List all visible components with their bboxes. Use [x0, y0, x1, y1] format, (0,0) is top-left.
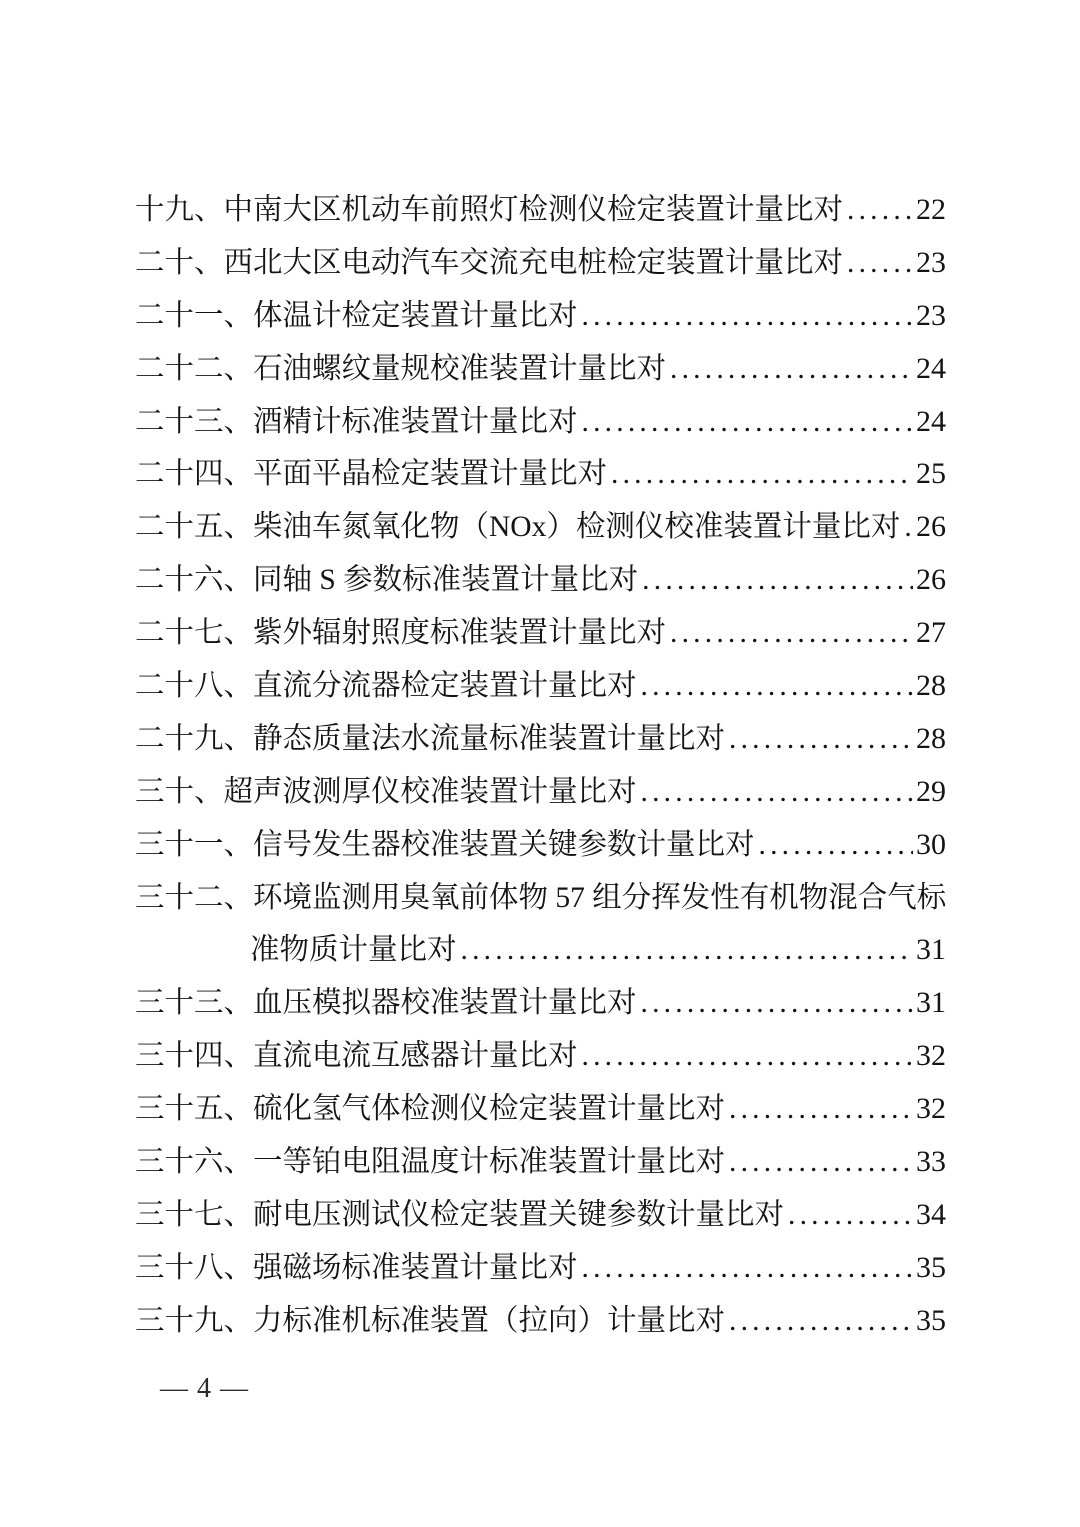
- toc-page-number: 34: [913, 1189, 946, 1242]
- toc-entry-title: 二十九、静态质量法水流量标准装置计量比对: [135, 713, 725, 766]
- toc-entry-row: 三十三、血压模拟器校准装置计量比对.......................…: [135, 977, 946, 1030]
- toc-entry-title: 二十五、柴油车氮氧化物（NOx）检测仪校准装置计量比对: [135, 501, 900, 554]
- toc-entry-row: 二十五、柴油车氮氧化物（NOx）检测仪校准装置计量比对.............…: [135, 501, 946, 554]
- toc-leader-dots: ........................................…: [638, 554, 913, 607]
- toc-entry: 二十二、石油螺纹量规校准装置计量比对......................…: [135, 343, 946, 396]
- toc-leader-dots: ........................................…: [578, 1030, 913, 1083]
- toc-entry-title: 三十九、力标准机标准装置（拉向）计量比对: [135, 1295, 725, 1348]
- toc-entry-title: 二十、西北大区电动汽车交流充电桩检定装置计量比对: [135, 237, 843, 290]
- toc-entry: 三十六、一等铂电阻温度计标准装置计量比对....................…: [135, 1136, 946, 1189]
- toc-page-number: 27: [913, 607, 946, 660]
- toc-leader-dots: ........................................…: [784, 1189, 913, 1242]
- toc-leader-dots: ........................................…: [637, 977, 913, 1030]
- toc-entry: 二十、西北大区电动汽车交流充电桩检定装置计量比对................…: [135, 237, 946, 290]
- toc-list: 十九、中南大区机动车前照灯检测仪检定装置计量比对................…: [135, 184, 946, 1348]
- toc-entry: 二十六、同轴 S 参数标准装置计量比对.....................…: [135, 554, 946, 607]
- toc-entry: 三十九、力标准机标准装置（拉向）计量比对....................…: [135, 1295, 946, 1348]
- toc-leader-dots: ........................................…: [578, 396, 913, 449]
- toc-leader-dots: ........................................…: [843, 184, 913, 237]
- toc-leader-dots: ........................................…: [578, 1242, 913, 1295]
- toc-leader-dots: ........................................…: [637, 660, 913, 713]
- toc-page-number: 26: [913, 554, 946, 607]
- toc-entry-row: 三十九、力标准机标准装置（拉向）计量比对....................…: [135, 1295, 946, 1348]
- toc-entry-row: 三十五、硫化氢气体检测仪检定装置计量比对....................…: [135, 1083, 946, 1136]
- toc-entry-title: 三十四、直流电流互感器计量比对: [135, 1030, 578, 1083]
- toc-entry-title: 三十、超声波测厚仪校准装置计量比对: [135, 766, 637, 819]
- toc-page-number: 22: [913, 184, 946, 237]
- toc-entry-title-line: 三十二、环境监测用臭氧前体物 57 组分挥发性有机物混合气标: [135, 872, 946, 925]
- toc-entry-row: 二十七、紫外辐射照度标准装置计量比对......................…: [135, 607, 946, 660]
- toc-entry-title: 三十六、一等铂电阻温度计标准装置计量比对: [135, 1136, 725, 1189]
- toc-entry-row: 十九、中南大区机动车前照灯检测仪检定装置计量比对................…: [135, 184, 946, 237]
- toc-entry-row: 准物质计量比对.................................…: [135, 924, 946, 977]
- toc-page-number: 24: [913, 343, 946, 396]
- toc-page-number: 33: [913, 1136, 946, 1189]
- toc-entry: 三十、超声波测厚仪校准装置计量比对.......................…: [135, 766, 946, 819]
- toc-entry: 二十四、平面平晶检定装置计量比对........................…: [135, 448, 946, 501]
- toc-entry-title: 三十三、血压模拟器校准装置计量比对: [135, 977, 637, 1030]
- toc-entry-row: 二十三、酒精计标准装置计量比对.........................…: [135, 396, 946, 449]
- toc-entry: 三十七、耐电压测试仪检定装置关键参数计量比对..................…: [135, 1189, 946, 1242]
- toc-entry: 三十一、信号发生器校准装置关键参数计量比对...................…: [135, 819, 946, 872]
- toc-leader-dots: ........................................…: [725, 713, 913, 766]
- document-page: 十九、中南大区机动车前照灯检测仪检定装置计量比对................…: [0, 0, 1080, 1527]
- toc-leader-dots: ........................................…: [725, 1136, 913, 1189]
- toc-leader-dots: ........................................…: [725, 1295, 913, 1348]
- toc-entry-title: 二十三、酒精计标准装置计量比对: [135, 396, 578, 449]
- toc-entry-title: 二十四、平面平晶检定装置计量比对: [135, 448, 607, 501]
- toc-entry-row: 三十、超声波测厚仪校准装置计量比对.......................…: [135, 766, 946, 819]
- toc-page-number: 26: [913, 501, 946, 554]
- toc-entry-row: 二十一、体温计检定装置计量比对.........................…: [135, 290, 946, 343]
- toc-entry-title: 准物质计量比对: [250, 924, 457, 977]
- toc-leader-dots: ........................................…: [637, 766, 913, 819]
- toc-entry-title: 十九、中南大区机动车前照灯检测仪检定装置计量比对: [135, 184, 843, 237]
- toc-leader-dots: ........................................…: [666, 607, 913, 660]
- toc-entry-title: 二十一、体温计检定装置计量比对: [135, 290, 578, 343]
- toc-entry-title: 二十八、直流分流器检定装置计量比对: [135, 660, 637, 713]
- toc-entry-title: 三十五、硫化氢气体检测仪检定装置计量比对: [135, 1083, 725, 1136]
- toc-entry: 三十八、强磁场标准装置计量比对.........................…: [135, 1242, 946, 1295]
- toc-entry: 二十七、紫外辐射照度标准装置计量比对......................…: [135, 607, 946, 660]
- toc-entry-row: 三十一、信号发生器校准装置关键参数计量比对...................…: [135, 819, 946, 872]
- toc-page-number: 23: [913, 237, 946, 290]
- toc-entry-row: 二十八、直流分流器检定装置计量比对.......................…: [135, 660, 946, 713]
- footer-page-number: — 4 —: [160, 1373, 249, 1404]
- toc-entry: 二十九、静态质量法水流量标准装置计量比对....................…: [135, 713, 946, 766]
- toc-entry-row: 二十九、静态质量法水流量标准装置计量比对....................…: [135, 713, 946, 766]
- toc-entry: 三十四、直流电流互感器计量比对.........................…: [135, 1030, 946, 1083]
- toc-page-number: 35: [913, 1242, 946, 1295]
- toc-leader-dots: ........................................…: [607, 448, 913, 501]
- page-footer: — 4 —: [160, 1372, 249, 1406]
- toc-entry-row: 二十四、平面平晶检定装置计量比对........................…: [135, 448, 946, 501]
- toc-entry-row: 二十、西北大区电动汽车交流充电桩检定装置计量比对................…: [135, 237, 946, 290]
- toc-page-number: 32: [913, 1083, 946, 1136]
- toc-page-number: 30: [913, 819, 946, 872]
- toc-page-number: 29: [913, 766, 946, 819]
- toc-entry-row: 二十二、石油螺纹量规校准装置计量比对......................…: [135, 343, 946, 396]
- toc-entry-row: 三十七、耐电压测试仪检定装置关键参数计量比对..................…: [135, 1189, 946, 1242]
- toc-page-number: 35: [913, 1295, 946, 1348]
- toc-entry: 三十二、环境监测用臭氧前体物 57 组分挥发性有机物混合气标准物质计量比对...…: [135, 872, 946, 978]
- toc-leader-dots: ........................................…: [666, 343, 913, 396]
- toc-entry-title: 二十七、紫外辐射照度标准装置计量比对: [135, 607, 666, 660]
- toc-page-number: 31: [913, 977, 946, 1030]
- toc-entry: 二十一、体温计检定装置计量比对.........................…: [135, 290, 946, 343]
- toc-entry-row: 二十六、同轴 S 参数标准装置计量比对.....................…: [135, 554, 946, 607]
- toc-entry: 三十五、硫化氢气体检测仪检定装置计量比对....................…: [135, 1083, 946, 1136]
- toc-entry-row: 三十六、一等铂电阻温度计标准装置计量比对....................…: [135, 1136, 946, 1189]
- toc-entry-title: 二十二、石油螺纹量规校准装置计量比对: [135, 343, 666, 396]
- toc-page-number: 31: [913, 924, 946, 977]
- toc-entry: 二十三、酒精计标准装置计量比对.........................…: [135, 396, 946, 449]
- toc-leader-dots: ........................................…: [755, 819, 913, 872]
- toc-entry-title: 三十八、强磁场标准装置计量比对: [135, 1242, 578, 1295]
- toc-page-number: 24: [913, 396, 946, 449]
- toc-page-number: 23: [913, 290, 946, 343]
- toc-entry-title: 三十七、耐电压测试仪检定装置关键参数计量比对: [135, 1189, 784, 1242]
- toc-entry: 二十五、柴油车氮氧化物（NOx）检测仪校准装置计量比对.............…: [135, 501, 946, 554]
- toc-entry: 二十八、直流分流器检定装置计量比对.......................…: [135, 660, 946, 713]
- toc-leader-dots: ........................................…: [578, 290, 913, 343]
- toc-page-number: 25: [913, 448, 946, 501]
- toc-entry-row: 三十四、直流电流互感器计量比对.........................…: [135, 1030, 946, 1083]
- toc-entry-title: 三十一、信号发生器校准装置关键参数计量比对: [135, 819, 755, 872]
- toc-leader-dots: ........................................…: [843, 237, 913, 290]
- toc-page-number: 28: [913, 660, 946, 713]
- toc-page-number: 28: [913, 713, 946, 766]
- toc-leader-dots: ........................................…: [900, 501, 913, 554]
- toc-entry-title: 二十六、同轴 S 参数标准装置计量比对: [135, 554, 638, 607]
- toc-page-number: 32: [913, 1030, 946, 1083]
- toc-entry: 十九、中南大区机动车前照灯检测仪检定装置计量比对................…: [135, 184, 946, 237]
- toc-leader-dots: ........................................…: [457, 924, 913, 977]
- toc-entry-row: 三十八、强磁场标准装置计量比对.........................…: [135, 1242, 946, 1295]
- toc-entry: 三十三、血压模拟器校准装置计量比对.......................…: [135, 977, 946, 1030]
- toc-leader-dots: ........................................…: [725, 1083, 913, 1136]
